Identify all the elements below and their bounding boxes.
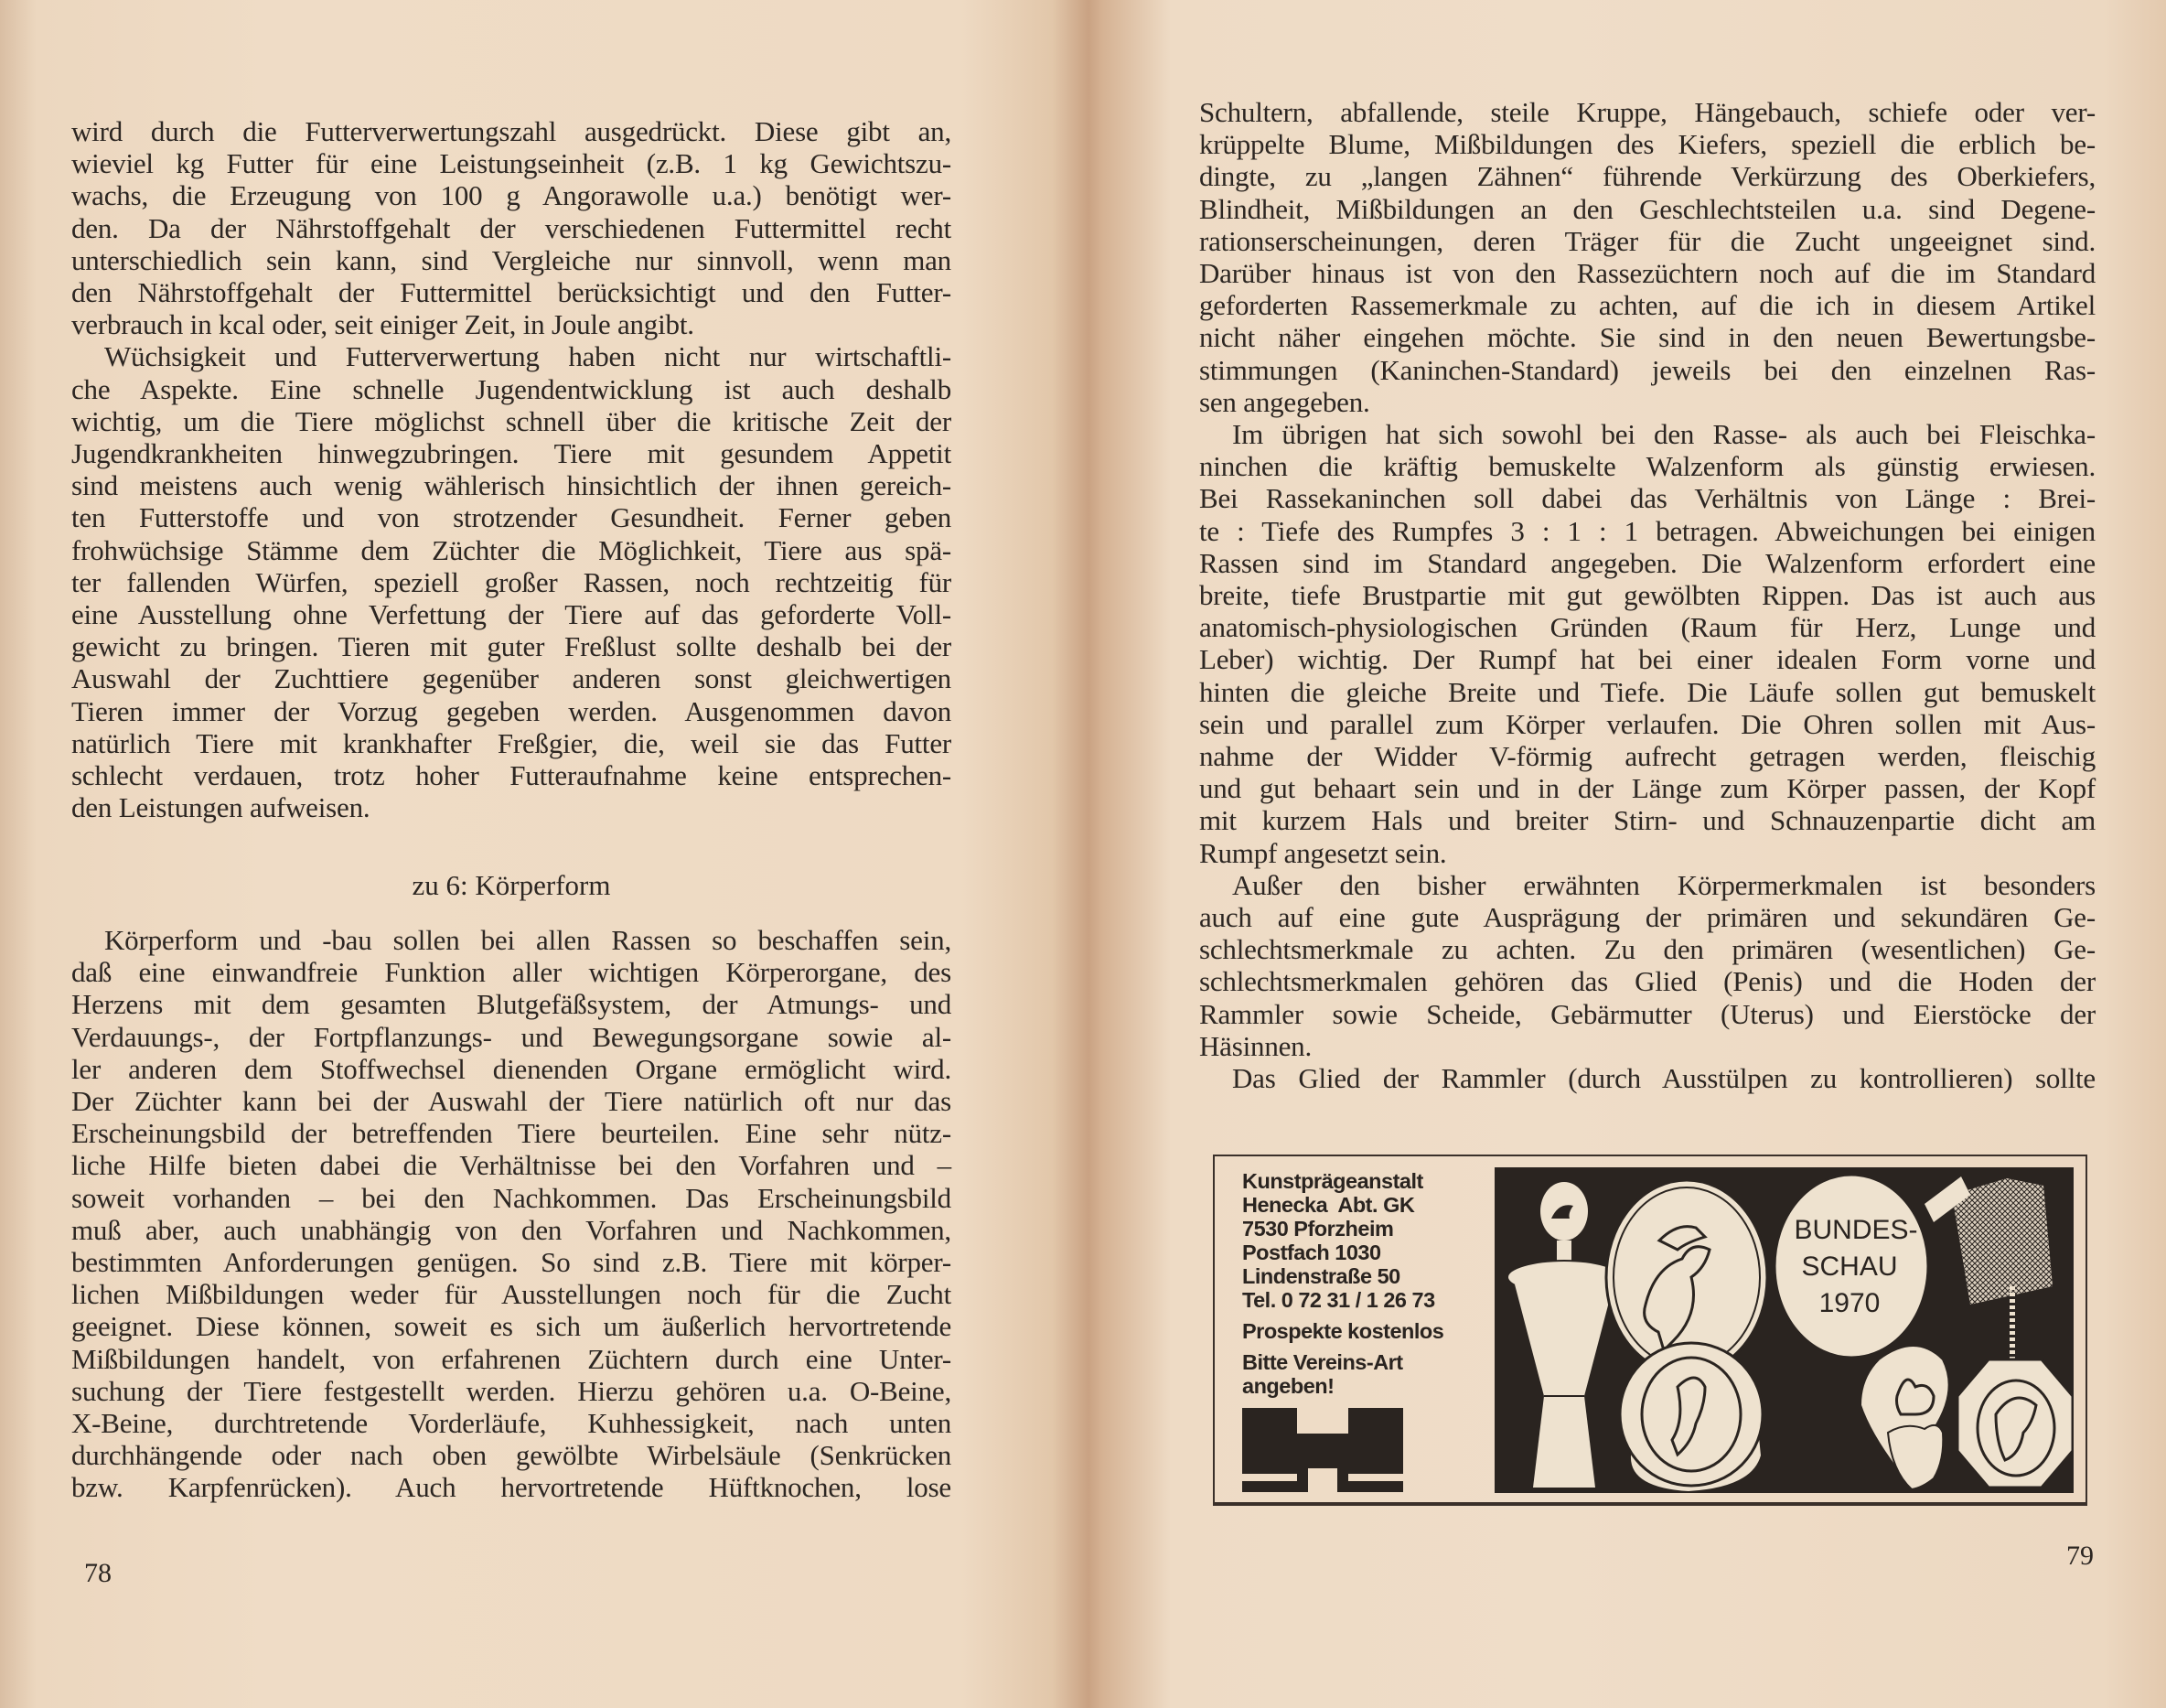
bundesschau-medal-icon: BUNDES- SCHAU 1970 (1775, 1175, 1928, 1358)
henecka-h-logo-icon (1242, 1408, 1403, 1492)
text-line: und gut behaart sein und in der Länge zu… (1199, 772, 2096, 804)
text-line: nahme der Widder V-förmig aufrecht getra… (1199, 740, 2096, 772)
text-line: anatomisch-physiologischen Gründen (Raum… (1199, 611, 2096, 643)
text-line: muß aber, auch unabhängig von den Vorfah… (71, 1214, 951, 1246)
text-line: lichen Mißbildungen weder für Ausstellun… (71, 1278, 951, 1310)
text-line: unterschiedlich sein kann, sind Vergleic… (71, 244, 951, 276)
text-line: ninchen die kräftig bemuskelte Walzenfor… (1199, 450, 2096, 482)
text-line: den Nährstoffgehalt der Futtermittel ber… (71, 276, 951, 308)
text-line: bestimmten Anforderungen genügen. So sin… (71, 1246, 951, 1278)
ad-postbox: Postfach 1030 (1242, 1241, 1443, 1264)
text-line: ter fallenden Würfen, speziell großer Ra… (71, 566, 951, 598)
text-line: frohwüchsige Stämme dem Züchter die Mögl… (71, 534, 951, 566)
text-line: X-Beine, durchtretende Vorderläufe, Kuhh… (71, 1407, 951, 1439)
ad-offer: Prospekte kostenlos (1242, 1319, 1443, 1343)
text-line: Leber) wichtig. Der Rumpf hat bei einer … (1199, 643, 2096, 675)
pigeon-plate-icon (1620, 1343, 1763, 1492)
ad-city: 7530 Pforzheim (1242, 1217, 1443, 1241)
text-line: schlechtsmerkmalen gehören das Glied (Pe… (1199, 965, 2096, 997)
text-line: bzw. Karpfenrücken). Auch hervortretende… (71, 1471, 951, 1503)
text-line: ten Futterstoffe und von strotzender Ges… (71, 501, 951, 533)
text-line: Rassen sind im Standard angegeben. Die W… (1199, 547, 2096, 579)
right-paragraph-1: Schultern, abfallende, steile Kruppe, Hä… (1199, 96, 2096, 1094)
text-line: sein und parallel zum Körper verlaufen. … (1199, 708, 2096, 740)
text-line: Rumpf angesetzt sein. (1199, 837, 2096, 869)
text-line: wird durch die Futterverwertungszahl aus… (71, 115, 951, 147)
text-line: stimmungen (Kaninchen-Standard) jeweils … (1199, 354, 2096, 386)
text-line: Herzens mit dem gesamten Blutgefäßsystem… (71, 988, 951, 1020)
text-line: geeignet. Diese können, soweit es sich u… (71, 1310, 951, 1342)
advertisement-box: Kunstprägeanstalt Henecka Abt. GK 7530 P… (1213, 1155, 2087, 1506)
section-heading: zu 6: Körperform (71, 869, 951, 902)
text-line: wachs, die Erzeugung von 100 g Angorawol… (71, 179, 951, 211)
text-line: krüppelte Blume, Mißbildungen des Kiefer… (1199, 128, 2096, 160)
text-line: verbrauch in kcal oder, seit einiger Zei… (71, 308, 951, 340)
text-line: Der Züchter kann bei der Auswahl der Tie… (71, 1085, 951, 1117)
ad-company-dept: Henecka Abt. GK (1242, 1193, 1443, 1217)
text-line: hinten die gleiche Breite und Tiefe. Die… (1199, 676, 2096, 708)
text-line: den Leistungen aufweisen. (71, 791, 951, 823)
text-line: breite, tiefe Brustpartie mit gut gewölb… (1199, 579, 2096, 611)
text-line: sen angegeben. (1199, 386, 2096, 418)
text-line: mit kurzem Hals und breiter Stirn- und S… (1199, 804, 2096, 836)
page-number: 78 (84, 1558, 112, 1589)
text-line: wichtig, um die Tiere möglichst schnell … (71, 405, 951, 437)
svg-text:1970: 1970 (1819, 1288, 1881, 1318)
text-line: eine Ausstellung ohne Verfettung der Tie… (71, 598, 951, 630)
text-line: Rammler sowie Scheide, Gebärmutter (Uter… (1199, 998, 2096, 1030)
ad-street: Lindenstraße 50 (1242, 1264, 1443, 1288)
text-line: Tieren immer der Vorzug gegeben werden. … (71, 695, 951, 727)
text-line: wieviel kg Futter für eine Leistungseinh… (71, 147, 951, 179)
text-line: Wüchsigkeit und Futterverwertung haben n… (71, 340, 951, 372)
text-line: Bei Rassekaninchen soll dabei das Verhäl… (1199, 482, 2096, 514)
book-spread: wird durch die Futterverwertungszahl aus… (0, 0, 2166, 1708)
left-paragraph-3: Körperform und -bau sollen bei allen Ras… (71, 924, 951, 1504)
page-number: 79 (2066, 1541, 2094, 1572)
poultry-shield-icon (1888, 1425, 1943, 1489)
svg-text:BUNDES-: BUNDES- (1794, 1215, 1917, 1245)
text-line: sind meistens auch wenig wählerisch hins… (71, 469, 951, 501)
ad-contact-block: Kunstprägeanstalt Henecka Abt. GK 7530 P… (1242, 1169, 1443, 1398)
text-line: suchung der Tiere festgestellt werden. H… (71, 1375, 951, 1407)
text-line: den. Da der Nährstoffgehalt der verschie… (71, 212, 951, 244)
right-page: Schultern, abfallende, steile Kruppe, Hä… (1093, 0, 2166, 1708)
ad-phone: Tel. 0 72 31 / 1 26 73 (1242, 1288, 1443, 1312)
text-line: Schultern, abfallende, steile Kruppe, Hä… (1199, 96, 2096, 128)
ad-request-line-1: Bitte Vereins-Art (1242, 1350, 1443, 1374)
text-line: Das Glied der Rammler (durch Ausstülpen … (1199, 1062, 2096, 1094)
text-line: Darüber hinaus ist von den Rassezüchtern… (1199, 257, 2096, 289)
text-line: te : Tiefe des Rumpfes 3 : 1 : 1 betrage… (1199, 515, 2096, 547)
text-line: che Aspekte. Eine schnelle Jugendentwick… (71, 373, 951, 405)
ad-request-line-2: angeben! (1242, 1374, 1443, 1398)
trophy-cup-icon (1507, 1182, 1621, 1488)
text-line: Erscheinungsbild der betreffenden Tiere … (71, 1117, 951, 1149)
text-line: nicht näher eingehen möchte. Sie sind in… (1199, 321, 2096, 353)
text-line: gewicht zu bringen. Tieren mit guter Fre… (71, 630, 951, 662)
ad-illustration-awards: BUNDES- SCHAU 1970 (1495, 1167, 2074, 1493)
text-line: geforderten Rassemerkmale zu achten, auf… (1199, 289, 2096, 321)
text-line: Jugendkrankheiten hinwegzubringen. Tiere… (71, 437, 951, 469)
text-line: liche Hilfe bieten dabei die Verhältniss… (71, 1149, 951, 1181)
rooster-pendant-icon (1957, 1359, 2073, 1488)
text-line: auch auf eine gute Ausprägung der primär… (1199, 901, 2096, 933)
text-line: soweit vorhanden – bei den Nachkommen. D… (71, 1182, 951, 1214)
text-line: Körperform und -bau sollen bei allen Ras… (71, 924, 951, 956)
text-line: natürlich Tiere mit krankhafter Freßgier… (71, 727, 951, 759)
text-line: schlechtsmerkmale zu achten. Zu den prim… (1199, 933, 2096, 965)
text-line: Außer den bisher erwähnten Körpermerkmal… (1199, 869, 2096, 901)
ad-company-name: Kunstprägeanstalt (1242, 1169, 1443, 1193)
pennant-flags-icon (1925, 1176, 2053, 1359)
text-line: rationserscheinungen, deren Träger für d… (1199, 225, 2096, 257)
text-line: dingte, zu „langen Zähnen“ führende Verk… (1199, 160, 2096, 192)
text-line: Blindheit, Mißbildungen an den Geschlech… (1199, 193, 2096, 225)
left-page: wird durch die Futterverwertungszahl aus… (0, 0, 1084, 1708)
text-line: Auswahl der Zuchttiere gegenüber anderen… (71, 662, 951, 694)
text-line: Häsinnen. (1199, 1030, 2096, 1062)
text-line: schlecht verdauen, trotz hoher Futterauf… (71, 759, 951, 791)
left-paragraph-1: wird durch die Futterverwertungszahl aus… (71, 115, 951, 823)
text-line: ler anderen dem Stoffwechsel dienenden O… (71, 1053, 951, 1085)
text-line: Im übrigen hat sich sowohl bei den Rasse… (1199, 418, 2096, 450)
svg-text:SCHAU: SCHAU (1801, 1251, 1897, 1282)
text-line: Verdauungs-, der Fortpflanzungs- und Bew… (71, 1021, 951, 1053)
text-line: daß eine einwandfreie Funktion aller wic… (71, 956, 951, 988)
text-line: Mißbildungen handelt, von erfahrenen Züc… (71, 1343, 951, 1375)
text-line: durchhängende oder nach oben gewölbte Wi… (71, 1439, 951, 1471)
